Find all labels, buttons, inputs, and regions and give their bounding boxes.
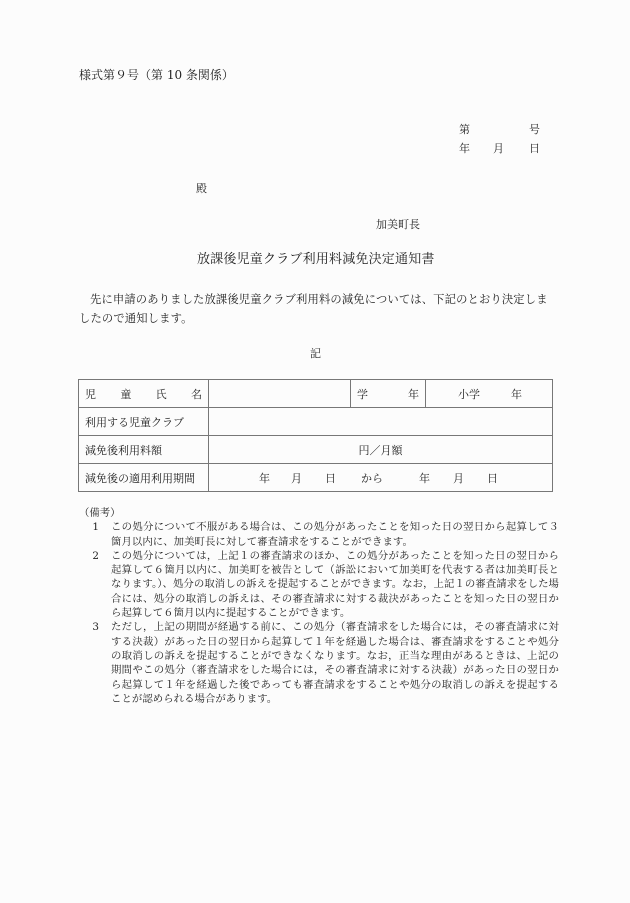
doc-number-prefix: 第 <box>459 121 470 137</box>
period-from-year: 年 <box>259 470 291 486</box>
child-name-field[interactable] <box>209 380 351 408</box>
label-grade: 学 年 <box>351 380 426 408</box>
note-item: 1 この処分について不服がある場合は、この処分があったことを知った日の翌日から起… <box>79 520 559 549</box>
grade-field[interactable]: 小学 年 <box>426 380 553 408</box>
grade-prefix: 小学 <box>458 386 480 402</box>
note-text: この処分について不服がある場合は、この処分があったことを知った日の翌日から起算し… <box>111 520 559 549</box>
period-from-label: から <box>361 470 419 486</box>
body-text: 先に申請のありました放課後児童クラブ利用料の減免については、下記のとおり決定しま… <box>79 290 557 328</box>
issuer: 加美町長 <box>376 216 420 232</box>
table-row-period: 減免後の適用利用期間 年月日から年月日 <box>79 464 553 492</box>
form-number: 様式第９号（第 10 条関係） <box>79 66 234 83</box>
label-char: 氏 <box>156 386 167 402</box>
table-row-child-name: 児 童 氏 名 学 年 小学 年 <box>79 380 553 408</box>
table-row-club: 利用する児童クラブ <box>79 408 553 436</box>
date-year: 年 <box>459 140 470 156</box>
period-to-month: 月 <box>453 470 487 486</box>
label-char: 児 <box>85 386 96 402</box>
period-from-month: 月 <box>291 470 325 486</box>
label-child-name: 児 童 氏 名 <box>79 380 209 408</box>
club-field[interactable] <box>209 408 553 436</box>
note-number: 1 <box>79 520 111 549</box>
note-number: 2 <box>79 549 111 620</box>
period-field[interactable]: 年月日から年月日 <box>209 464 553 492</box>
grade-label-left: 学 <box>357 386 368 402</box>
notes-heading: （備考） <box>79 506 559 520</box>
label-period: 減免後の適用利用期間 <box>79 464 209 492</box>
grade-suffix: 年 <box>511 386 522 402</box>
label-char: 名 <box>191 386 202 402</box>
label-club: 利用する児童クラブ <box>79 408 209 436</box>
label-char: 童 <box>120 386 131 402</box>
note-item: 3 ただし，上記の期間が経過する前に、この処分（審査請求をした場合には，その審査… <box>79 620 559 706</box>
note-item: 2 この処分については，上記１の審査請求のほか、この処分があったことを知った日の… <box>79 549 559 620</box>
document-title: 放課後児童クラブ利用料減免決定通知書 <box>197 248 435 267</box>
label-fee: 減免後利用料額 <box>79 436 209 464</box>
table-row-fee: 減免後利用料額 円／月額 <box>79 436 553 464</box>
info-table: 児 童 氏 名 学 年 小学 年 利用する児童クラブ 減免後利用料額 円／月額 <box>78 379 553 492</box>
notes-section: （備考） 1 この処分について不服がある場合は、この処分があったことを知った日の… <box>79 506 559 706</box>
grade-label-right: 年 <box>408 386 419 402</box>
date-month: 月 <box>493 140 504 156</box>
note-text: ただし，上記の期間が経過する前に、この処分（審査請求をした場合には，その審査請求… <box>111 620 559 706</box>
note-number: 3 <box>79 620 111 706</box>
doc-number-suffix: 号 <box>529 121 540 137</box>
addressee-suffix: 殿 <box>196 180 207 196</box>
period-from-day: 日 <box>325 470 361 486</box>
period-to-year: 年 <box>419 470 453 486</box>
note-text: この処分については，上記１の審査請求のほか、この処分があったことを知った日の翌日… <box>111 549 559 620</box>
ki-heading: 記 <box>310 345 321 361</box>
period-to-day: 日 <box>487 470 507 486</box>
date-day: 日 <box>529 140 540 156</box>
fee-field[interactable]: 円／月額 <box>209 436 553 464</box>
